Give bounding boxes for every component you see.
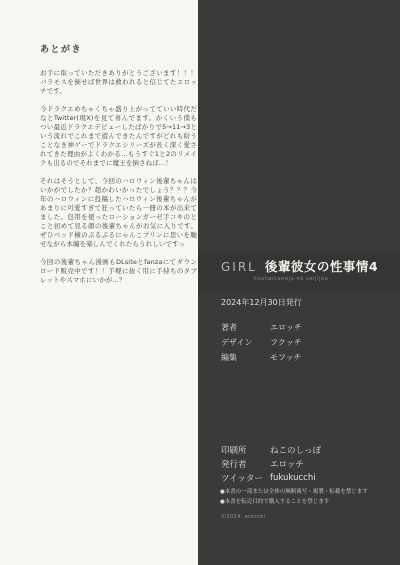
book-title-row: GIRL 後輩彼女の性事情4: [221, 257, 378, 275]
publishing-label: 発行者: [221, 458, 270, 470]
legal-notice-line: ●本書の一部または全体の無断複写・複製・転載を禁じます: [220, 487, 390, 497]
credit-value: フクッチ: [270, 337, 302, 348]
afterword-section: あとがき お手に取っていただきありがとうございます！！！バラモスを倒せば世界は救…: [40, 42, 197, 294]
credit-label: 編集: [221, 352, 270, 363]
copyright-line: ©2024. erocchi: [221, 514, 266, 520]
credit-value: モフッチ: [270, 352, 301, 363]
book-page: あとがき お手に取っていただきありがとうございます！！！バラモスを倒せば世界は救…: [0, 0, 400, 565]
legal-notices: ●本書の一部または全体の無断複写・複製・転載を禁じます ●本書を転売目的で購入す…: [220, 487, 390, 507]
publishing-list: 印刷所 ねこのしっぽ 発行者 エロッチ ツイッター fukukucchi: [221, 443, 321, 485]
afterword-paragraph: お手に取っていただきありがとうございます！！！バラモスを倒せば世界は救われると信…: [40, 69, 197, 96]
credit-row: 編集 モフッチ: [221, 350, 302, 365]
publishing-value: fukukucchi: [270, 473, 316, 483]
publishing-value: ねこのしっぽ: [270, 444, 321, 456]
afterword-title: あとがき: [40, 42, 197, 55]
afterword-paragraph: 今ドラクエめちゃくちゃ盛り上がってていい時代だなとTwitter(現X)を見て喜…: [40, 105, 197, 168]
publishing-value: エロッチ: [270, 458, 304, 470]
publishing-row: 発行者 エロッチ: [221, 457, 321, 471]
legal-notice-line: ●本書を転売目的で購入することを禁じます: [220, 497, 390, 507]
credit-label: 著者: [221, 322, 270, 333]
book-title: 後輩彼女の性事情4: [265, 257, 378, 275]
publication-date: 2024年12月30日発行: [221, 297, 302, 308]
credit-row: 著者 エロッチ: [221, 320, 302, 335]
afterword-paragraph: 今回の後輩ちゃん漫画もDLsiteとfanzaにてダウンロード販売中です！！手軽…: [40, 258, 197, 285]
publishing-row: ツイッター fukukucchi: [221, 471, 321, 485]
book-title-romaji: kouhaikanojo no seijijou: [254, 276, 328, 282]
publishing-label: ツイッター: [221, 472, 270, 484]
publishing-label: 印刷所: [221, 444, 270, 456]
publishing-row: 印刷所 ねこのしっぽ: [221, 443, 321, 457]
credit-row: デザイン フクッチ: [221, 335, 302, 350]
credits-list: 著者 エロッチ デザイン フクッチ 編集 モフッチ: [221, 320, 302, 365]
credit-label: デザイン: [221, 337, 270, 348]
colophon-panel: GIRL 後輩彼女の性事情4 kouhaikanojo no seijijou …: [198, 0, 400, 565]
credit-value: エロッチ: [270, 322, 302, 333]
afterword-paragraph: それはそうとして、今回のハロウィン後輩ちゃんはいかがでしたか？超かわいかったでし…: [40, 177, 197, 249]
series-label: GIRL: [221, 260, 257, 274]
